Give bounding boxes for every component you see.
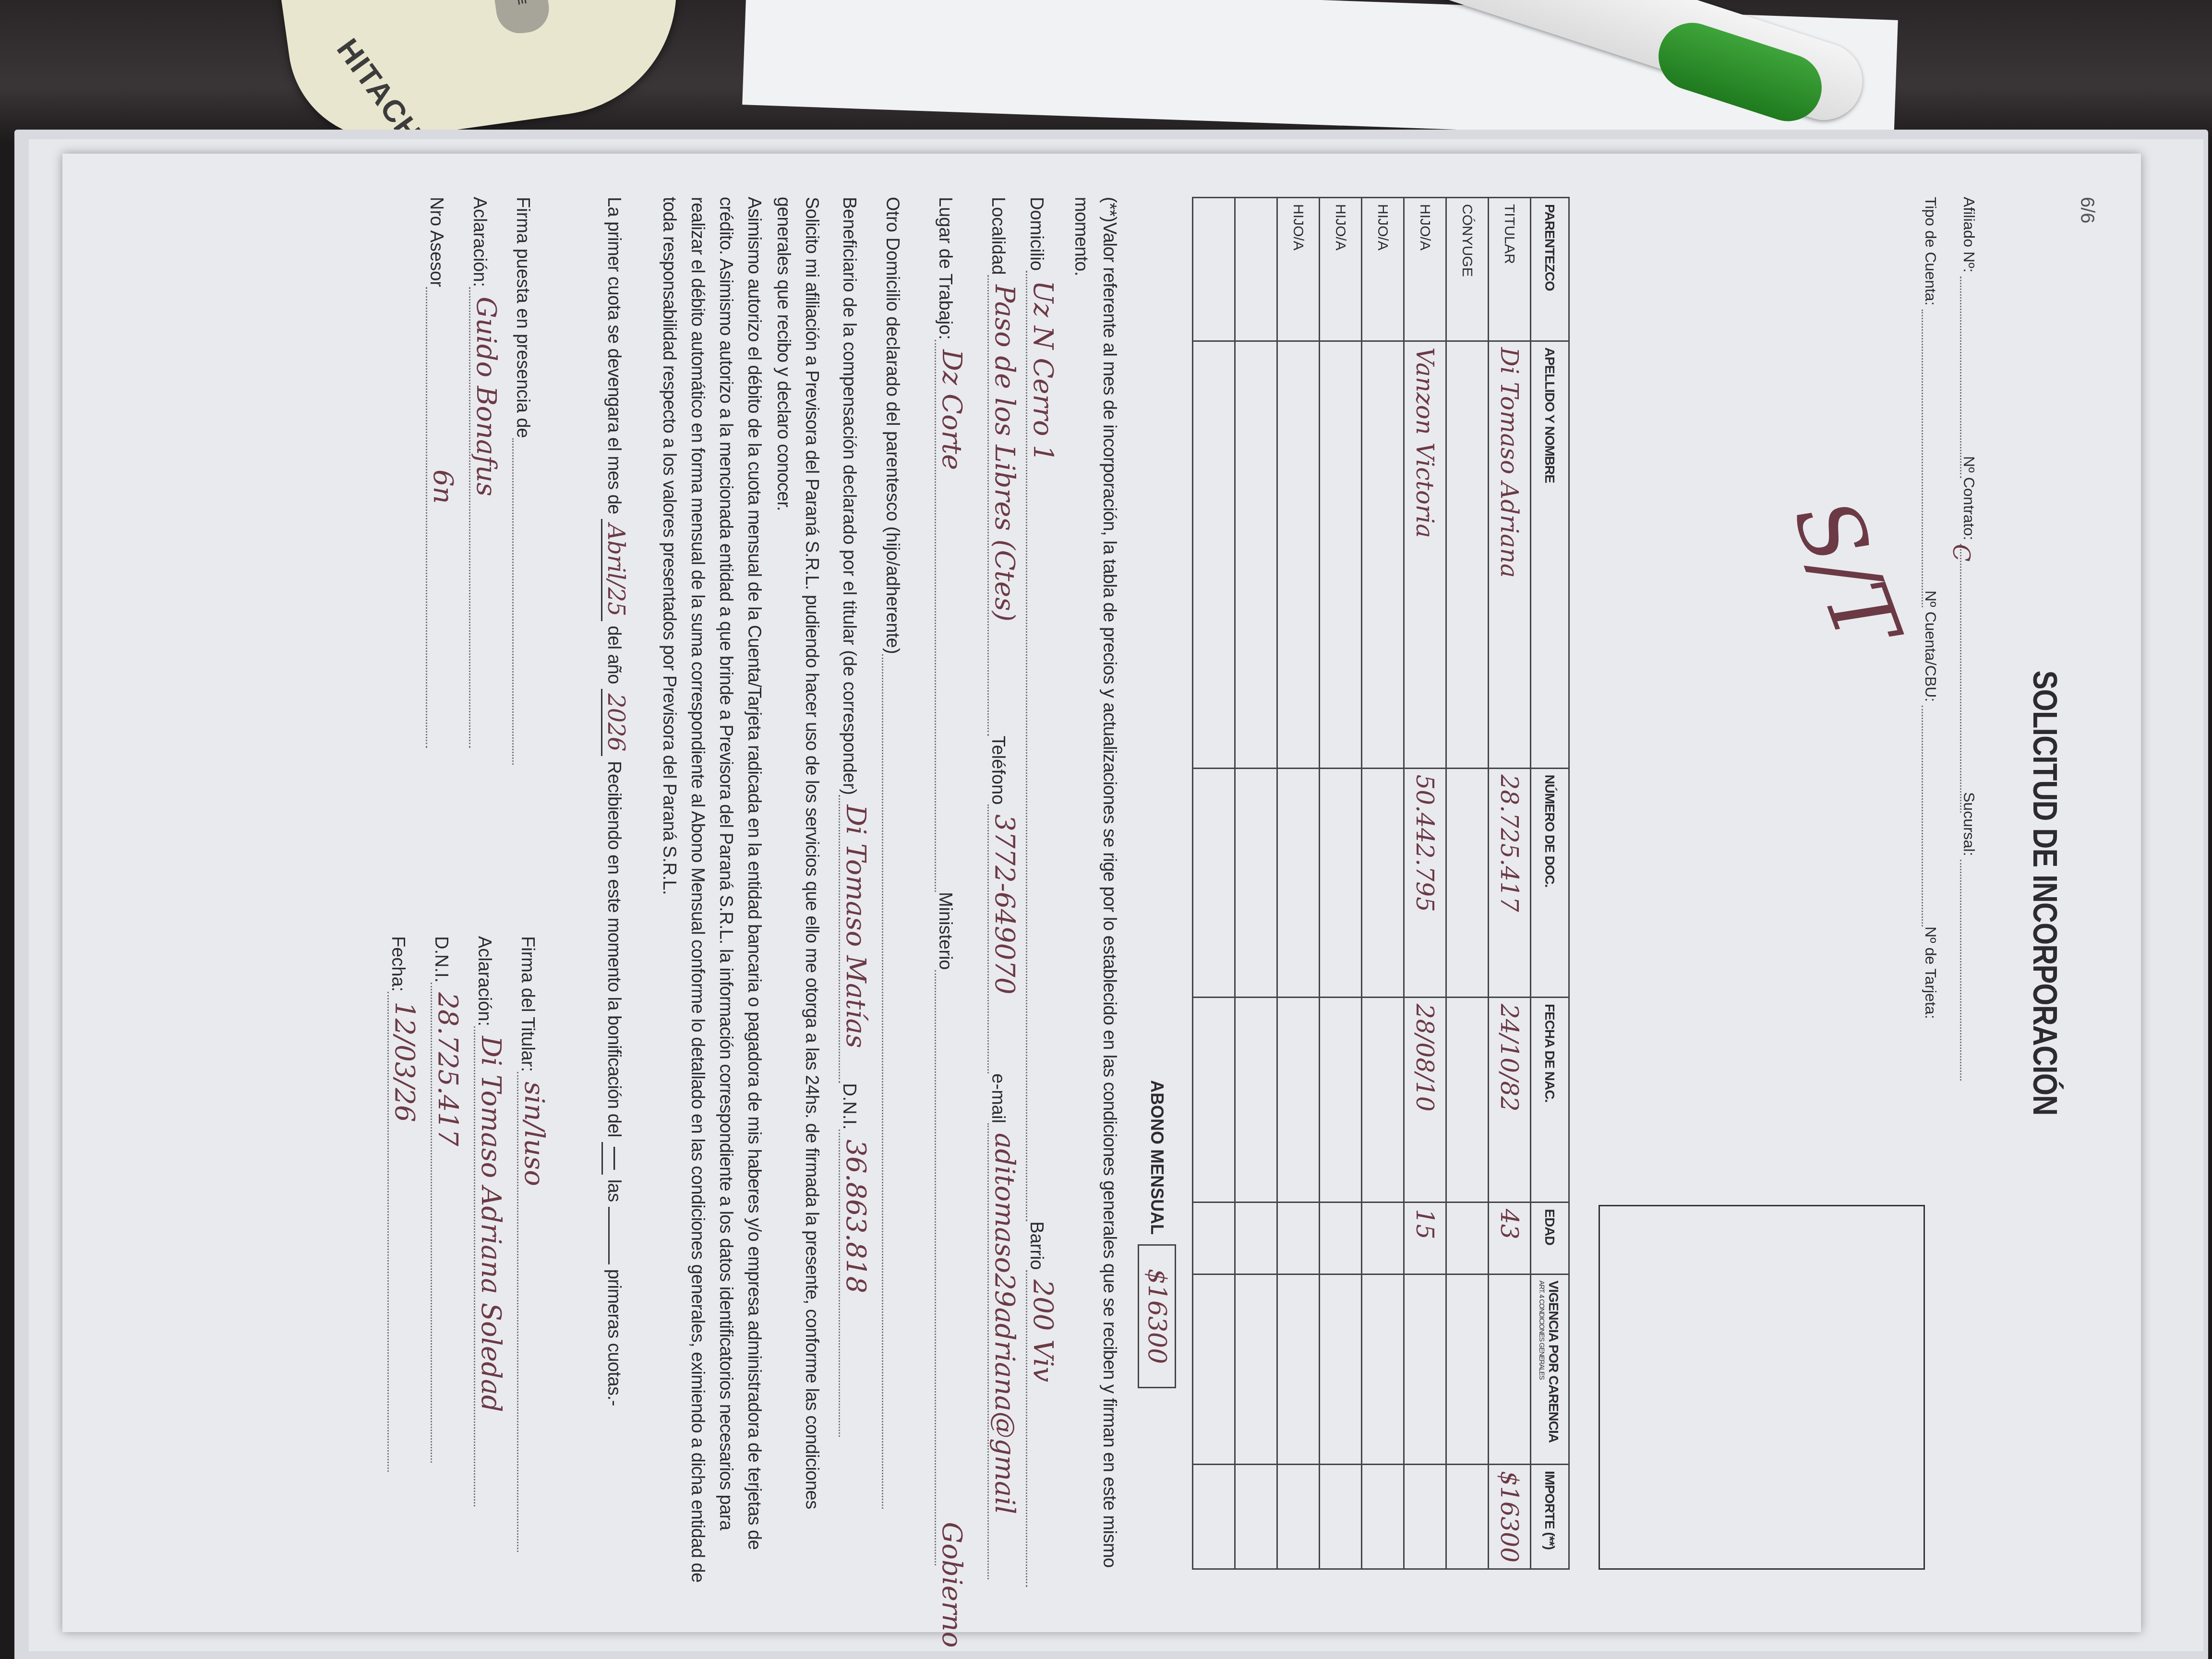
table-row: HIJO/A [1362,198,1404,1569]
relationship-cell: HIJO/A [1404,198,1446,341]
member-fecha-nac-cell[interactable] [1320,997,1362,1202]
handwritten-st-mark: S/T [1774,486,1918,658]
abono-mensual: ABONO MENSUAL $16300 [1138,1080,1176,1388]
member-edad-cell[interactable] [1235,1202,1277,1274]
column-header: FECHA DE NAC. [1531,997,1569,1202]
bonificacion-field[interactable]: — [601,1142,628,1175]
solicitud-form: 6/6 SOLICITUD DE INCORPORACIÓN Afiliado … [82,168,2098,1618]
member-vigencia-cell[interactable] [1446,1274,1489,1465]
dni-titular-field[interactable]: D.N.I. 28.725.417 [431,936,451,1463]
member-nombre-cell[interactable] [1446,341,1489,768]
cuotas-field[interactable] [608,1207,610,1264]
member-fecha-nac-cell[interactable]: 24/10/82 [1489,997,1531,1202]
asimismo-paragraph: Asimismo autorizo el débito de la cuota … [655,197,768,1589]
table-row: HIJO/A [1320,198,1362,1569]
remote-mode-button: MODE [487,0,552,36]
fecha-field[interactable]: Fecha: 12/03/26 [387,936,408,1472]
tipo-cuenta-field[interactable]: Tipo de Cuenta: [1922,197,1939,607]
nro-asesor-field[interactable]: Nro Asesor 6n [426,197,446,748]
member-edad-cell[interactable] [1446,1202,1489,1274]
table-row: HIJO/AVanzon Victoria50.442.79528/08/101… [1404,198,1446,1569]
relationship-cell: HIJO/A [1320,198,1362,341]
member-vigencia-cell[interactable] [1320,1274,1362,1465]
afiliado-field[interactable]: Afiliado Nº: [1960,197,1978,478]
lugar-trabajo-field[interactable]: Lugar de Trabajo: Dz Corte Ministerio Go… [935,197,955,1565]
domicilio-field[interactable]: Domicilio Uz N Cerro 1 Barrio 200 Viv [1026,197,1046,1587]
member-doc-cell[interactable] [1193,768,1235,997]
member-doc-cell[interactable] [1362,768,1404,997]
column-header: NÚMERO DE DOC. [1531,768,1569,997]
member-vigencia-cell[interactable] [1404,1274,1446,1465]
footnote-text: (**)Valor referente al mes de incorporac… [1067,197,1123,1589]
member-edad-cell[interactable] [1362,1202,1404,1274]
aclaracion-asesor-field[interactable]: Aclaración: Guido Bonafus [469,197,490,748]
member-fecha-nac-cell[interactable] [1277,997,1320,1202]
member-doc-cell[interactable] [1235,768,1277,997]
member-edad-cell[interactable] [1320,1202,1362,1274]
otro-domicilio-field[interactable]: Otro Domicilio declarado del parentesco … [882,197,902,1509]
table-row: CÓNYUGE [1446,198,1489,1569]
vigencia-subtitle: ART. 4 CONDICIONES GENERALES [1539,1281,1546,1458]
relationship-cell: CÓNYUGE [1446,198,1489,341]
column-header: EDAD [1531,1202,1569,1274]
member-nombre-cell[interactable]: Vanzon Victoria [1404,341,1446,768]
sucursal-field[interactable]: Sucursal: [1960,792,1978,1081]
member-importe-cell[interactable] [1277,1465,1320,1569]
member-edad-cell[interactable] [1277,1202,1320,1274]
column-header: APELLIDO Y NOMBRE [1531,341,1569,768]
cuenta-cbu-field[interactable]: Nº Cuenta/CBU: [1922,590,1939,926]
member-vigencia-cell[interactable] [1277,1274,1320,1465]
member-fecha-nac-cell[interactable] [1362,997,1404,1202]
member-doc-cell[interactable]: 28.725.417 [1489,768,1531,997]
member-fecha-nac-cell[interactable] [1446,997,1489,1202]
member-edad-cell[interactable] [1193,1202,1235,1274]
contrato-field[interactable]: Nº Contrato:C [1960,456,1978,813]
member-nombre-cell[interactable] [1277,341,1320,768]
table-row: HIJO/A [1277,198,1320,1569]
relationship-cell: TITULAR [1489,198,1531,341]
relationship-cell: HIJO/A [1277,198,1320,341]
table-row [1235,198,1277,1569]
column-header: IMPORTE (**) [1531,1465,1569,1569]
tarjeta-field[interactable]: Nº de Tarjeta: [1922,926,1939,1023]
form-page: 6/6 SOLICITUD DE INCORPORACIÓN Afiliado … [62,154,2141,1632]
relationship-cell [1235,198,1277,341]
relationship-cell: HIJO/A [1362,198,1404,341]
beneficiario-field[interactable]: Beneficiario de la compensación declarad… [839,197,859,1437]
member-doc-cell[interactable] [1446,768,1489,997]
localidad-field[interactable]: Localidad Paso de los Libres (Ctes) Telé… [987,197,1008,1579]
table-row [1193,198,1235,1569]
member-nombre-cell[interactable] [1362,341,1404,768]
member-nombre-cell[interactable] [1193,341,1235,768]
member-nombre-cell[interactable] [1320,341,1362,768]
member-vigencia-cell[interactable] [1362,1274,1404,1465]
photo-box [1599,1205,1925,1570]
member-importe-cell[interactable] [1320,1465,1362,1569]
member-vigencia-cell[interactable] [1193,1274,1235,1465]
relationship-cell [1193,198,1235,341]
member-importe-cell[interactable] [1446,1465,1489,1569]
member-fecha-nac-cell[interactable] [1235,997,1277,1202]
member-nombre-cell[interactable] [1235,341,1277,768]
member-edad-cell[interactable]: 15 [1404,1202,1446,1274]
firma-presencia-field[interactable]: Firma puesta en presencia de [512,197,533,765]
table-row: TITULARDi Tomaso Adriana28.725.41724/10/… [1489,198,1531,1569]
member-doc-cell[interactable] [1277,768,1320,997]
form-title: SOLICITUD DE INCORPORACIÓN [2026,277,2064,1509]
member-importe-cell[interactable] [1362,1465,1404,1569]
abono-mensual-value[interactable]: $16300 [1138,1244,1176,1388]
member-importe-cell[interactable] [1404,1465,1446,1569]
member-vigencia-cell[interactable] [1235,1274,1277,1465]
anio-field[interactable]: 2026 [601,689,629,756]
members-table: PARENTEZCOAPELLIDO Y NOMBRENÚMERO DE DOC… [1192,197,1570,1570]
page-number: 6/6 [2076,197,2098,224]
solicito-paragraph: Solicito mi afiliación a Previsora del P… [769,197,826,1589]
aclaracion-titular-field[interactable]: Aclaración: Di Tomaso Adriana Soledad [474,936,494,1506]
firma-titular-field[interactable]: Firma del Titular: sin/luso [517,936,538,1552]
member-importe-cell[interactable] [1193,1465,1235,1569]
member-fecha-nac-cell[interactable] [1193,997,1235,1202]
column-header: VIGENCIA POR CARENCIAART. 4 CONDICIONES … [1531,1274,1569,1465]
mes-field[interactable]: Abril/25 [601,519,629,621]
member-fecha-nac-cell[interactable]: 28/08/10 [1404,997,1446,1202]
primer-cuota-line: La primer cuota se devengara el mes de A… [598,197,634,1589]
member-importe-cell[interactable] [1235,1465,1277,1569]
member-doc-cell[interactable] [1320,768,1362,997]
member-importe-cell[interactable]: $16300 [1489,1465,1531,1569]
member-edad-cell[interactable]: 43 [1489,1202,1531,1274]
member-doc-cell[interactable]: 50.442.795 [1404,768,1446,997]
member-nombre-cell[interactable]: Di Tomaso Adriana [1489,341,1531,768]
column-header: PARENTEZCO [1531,198,1569,341]
member-vigencia-cell[interactable] [1489,1274,1531,1465]
